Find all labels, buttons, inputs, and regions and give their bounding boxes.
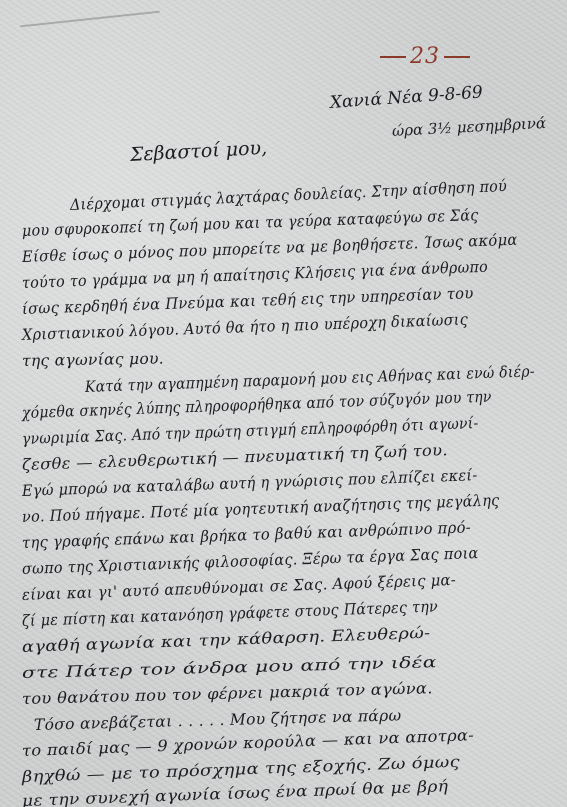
letter-page: 23 Χανιά Νέα 9-8-69 ώρα 3½ μεσημβρινά Σε… (0, 0, 567, 807)
page-number-dash-left (380, 56, 406, 58)
letter-line-20: του θανάτου που τον φέρνει μακριά τον αγ… (22, 679, 433, 708)
letter-line-7: της αγωνίας μου. (22, 350, 164, 370)
salutation-text: Σεβαστοί μου, (129, 137, 267, 166)
page-number-dash-right (444, 56, 470, 58)
page-number: 23 (376, 44, 474, 69)
place-date: Χανιά Νέα 9-8-69 (329, 82, 483, 113)
page-number-value: 23 (410, 44, 440, 69)
paper-fold-mark (20, 11, 159, 28)
time-of-writing: ώρα 3½ μεσημβρινά (392, 114, 547, 140)
letter-line-19: στε Πάτερ τον άνδρα μου από την ιδέα (22, 653, 437, 682)
letter-line-18: αγαθή αγωνία και την κάθαρση. Ελευθερώ- (22, 624, 431, 656)
